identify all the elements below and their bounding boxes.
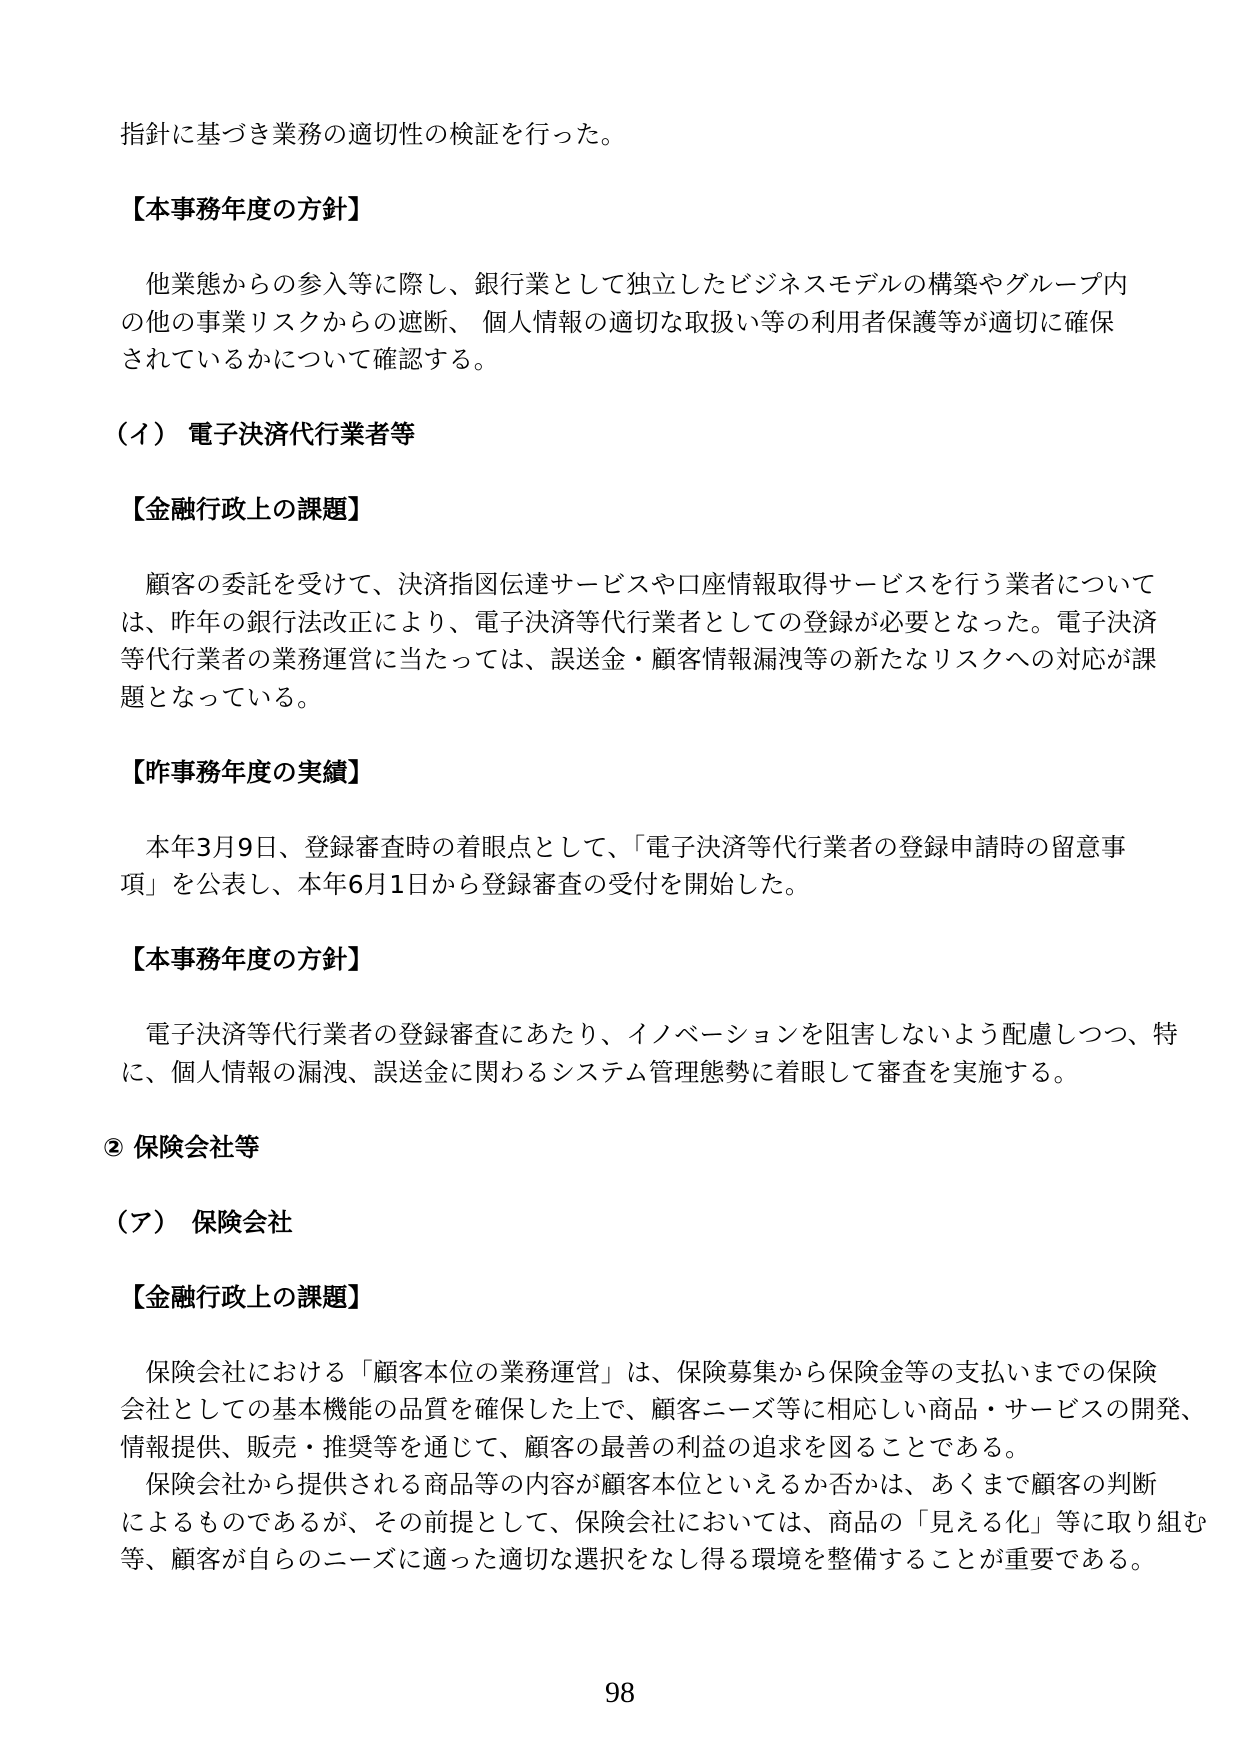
text-line: 項」を公表し、本年6月1日から登録審査の受付を開始した。 — [120, 866, 1240, 904]
text-line: 等、顧客が自らのニーズに適った適切な選択をなし得る環境を整備することが重要である… — [120, 1541, 1240, 1579]
text-line: に、個人情報の漏洩、誤送金に関わるシステム管理態勢に着眼して審査を実施する。 — [120, 1054, 1240, 1092]
text-line: 情報提供、販売・推奨等を通じて、顧客の最善の利益の追求を図ることである。 — [120, 1429, 1240, 1467]
text-line: 題となっている。 — [120, 679, 1240, 717]
text-line: 等代行業者の業務運営に当たっては、誤送金・顧客情報漏洩等の新たなリスクへの対応が… — [120, 641, 1240, 679]
section-heading: 【昨事務年度の実績】 — [0, 754, 1240, 792]
paragraph: 本年3月9日、登録審査時の着眼点として、「電子決済等代行業者の登録申請時の留意事… — [0, 829, 1240, 904]
text-line: 保険会社における「顧客本位の業務運営」は、保険募集から保険金等の支払いまでの保険 — [120, 1354, 1240, 1392]
text-line: 本年3月9日、登録審査時の着眼点として、「電子決済等代行業者の登録申請時の留意事 — [120, 829, 1240, 867]
text-line: によるものであるが、その前提として、保険会社においては、商品の「見える化」等に取… — [120, 1504, 1240, 1542]
text-line: 他業態からの参入等に際し、銀行業として独立したビジネスモデルの構築やグループ内 — [120, 266, 1240, 304]
text-line: の他の事業リスクからの遮断、 個人情報の適切な取扱い等の利用者保護等が適切に確保 — [120, 304, 1240, 342]
text-line: ② 保険会社等 — [103, 1129, 1240, 1167]
section-heading: ② 保険会社等 — [0, 1129, 1240, 1167]
text-line: 【本事務年度の方針】 — [120, 191, 1240, 229]
paragraph: 指針に基づき業務の適切性の検証を行った。 — [0, 116, 1240, 154]
section-heading: （イ） 電子決済代行業者等 — [0, 416, 1240, 454]
section-heading: （ア） 保険会社 — [0, 1204, 1240, 1242]
paragraph: 電子決済等代行業者の登録審査にあたり、イノベーションを阻害しないよう配慮しつつ、… — [0, 1016, 1240, 1091]
paragraph: 顧客の委託を受けて、決済指図伝達サービスや口座情報取得サービスを行う業者について… — [0, 566, 1240, 716]
text-line: 指針に基づき業務の適切性の検証を行った。 — [120, 116, 1240, 154]
text-line: （ア） 保険会社 — [103, 1204, 1240, 1242]
section-heading: 【金融行政上の課題】 — [0, 491, 1240, 529]
section-heading: 【本事務年度の方針】 — [0, 941, 1240, 979]
text-line: 【本事務年度の方針】 — [120, 941, 1240, 979]
text-line: 【金融行政上の課題】 — [120, 491, 1240, 529]
text-line: は、昨年の銀行法改正により、電子決済等代行業者としての登録が必要となった。電子決… — [120, 604, 1240, 642]
paragraph: 保険会社における「顧客本位の業務運営」は、保険募集から保険金等の支払いまでの保険… — [0, 1354, 1240, 1579]
document-content: 指針に基づき業務の適切性の検証を行った。【本事務年度の方針】 他業態からの参入等… — [0, 116, 1240, 1579]
text-line: 【金融行政上の課題】 — [120, 1279, 1240, 1317]
text-line: （イ） 電子決済代行業者等 — [103, 416, 1240, 454]
section-heading: 【金融行政上の課題】 — [0, 1279, 1240, 1317]
section-heading: 【本事務年度の方針】 — [0, 191, 1240, 229]
page-number: 98 — [0, 1678, 1240, 1708]
text-line: されているかについて確認する。 — [120, 341, 1240, 379]
document-page: 指針に基づき業務の適切性の検証を行った。【本事務年度の方針】 他業態からの参入等… — [0, 0, 1240, 1755]
paragraph: 他業態からの参入等に際し、銀行業として独立したビジネスモデルの構築やグループ内の… — [0, 266, 1240, 379]
text-line: 電子決済等代行業者の登録審査にあたり、イノベーションを阻害しないよう配慮しつつ、… — [120, 1016, 1240, 1054]
text-line: 保険会社から提供される商品等の内容が顧客本位といえるか否かは、あくまで顧客の判断 — [120, 1466, 1240, 1504]
text-line: 【昨事務年度の実績】 — [120, 754, 1240, 792]
text-line: 顧客の委託を受けて、決済指図伝達サービスや口座情報取得サービスを行う業者について — [120, 566, 1240, 604]
text-line: 会社としての基本機能の品質を確保した上で、顧客ニーズ等に相応しい商品・サービスの… — [120, 1391, 1240, 1429]
